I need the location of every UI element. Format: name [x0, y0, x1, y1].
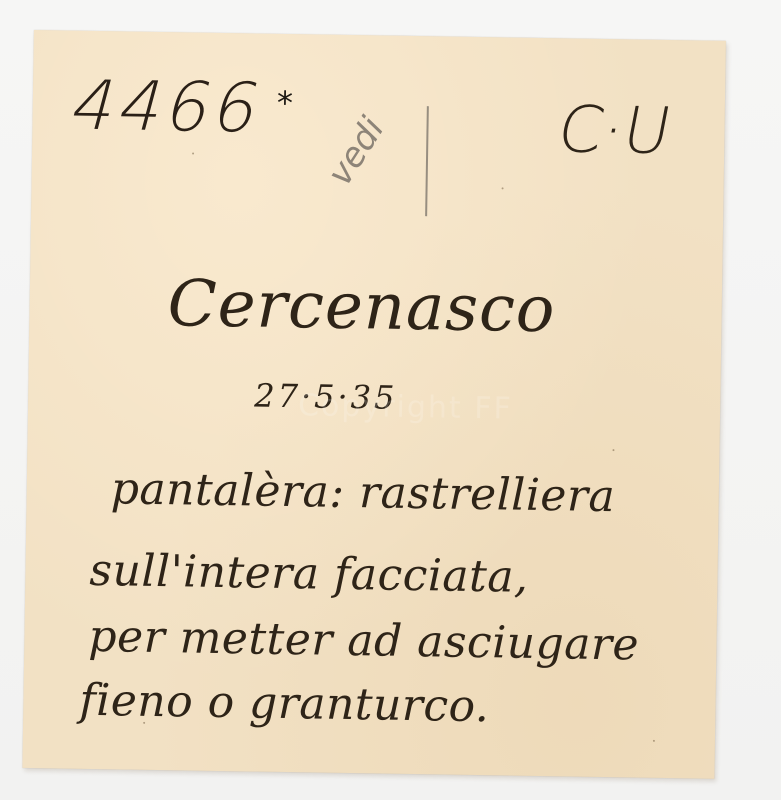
description-line: fieno o granturco.: [79, 679, 489, 729]
catalog-number: 4466: [64, 73, 271, 144]
asterisk-mark: *: [277, 84, 294, 122]
pencil-divider-stroke: [425, 106, 429, 216]
index-card: 4466 * vedi C·U Cercenasco 27·5·35 Copyr…: [22, 30, 726, 779]
place-name: Cercenasco: [167, 272, 556, 342]
pencil-note: vedi: [322, 112, 390, 191]
paper-speck: [612, 449, 614, 451]
paper-speck: [143, 722, 145, 724]
category-code: C·U: [552, 98, 676, 164]
paper-speck: [192, 152, 194, 154]
description-line: per metter ad asciugare: [88, 615, 639, 668]
description-line: sull'intera facciata,: [89, 549, 529, 600]
paper-speck: [653, 740, 655, 742]
description-line: pantalèra: rastrelliera: [110, 467, 615, 519]
paper-speck: [502, 187, 504, 189]
copyright-watermark: Copyright FF: [298, 388, 513, 426]
photo-background: 4466 * vedi C·U Cercenasco 27·5·35 Copyr…: [0, 0, 781, 800]
